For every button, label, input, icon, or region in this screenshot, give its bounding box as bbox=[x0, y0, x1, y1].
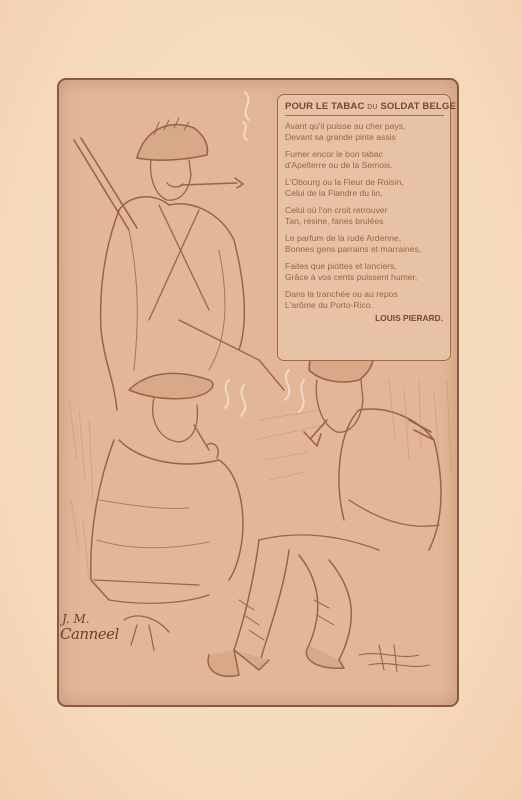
poem-line: Bonnes gens parrains et marraines, bbox=[285, 244, 444, 255]
poem-line: Celui de la Flandre du lin, bbox=[285, 188, 444, 199]
poem-stanza: Celui où l'on croit retrouver Tan, résin… bbox=[285, 205, 444, 227]
poem-title-main: POUR LE TABAC bbox=[285, 101, 364, 112]
poem-line: Le parfum de la rude Ardenne, bbox=[285, 233, 444, 244]
poem-line: Grâce à vos cents puissent humer, bbox=[285, 272, 444, 283]
poem-title-end: SOLDAT BELGE bbox=[380, 101, 456, 112]
artist-signature: J. M. Canneel bbox=[60, 612, 119, 642]
poem-line: Avant qu'il puisse au cher pays, bbox=[285, 121, 444, 132]
poem-line: Dans la tranchée ou au repos bbox=[285, 289, 444, 300]
poem-title: POUR LE TABAC DU SOLDAT BELGE bbox=[285, 101, 444, 116]
poem-line: L'arôme du Porto-Rico. bbox=[285, 300, 444, 311]
poem-box: POUR LE TABAC DU SOLDAT BELGE Avant qu'i… bbox=[277, 94, 451, 361]
poem-line: Faites que piottes et lanciers, bbox=[285, 261, 444, 272]
poem-line: Devant sa grande pinte assis bbox=[285, 132, 444, 143]
poem-line: d'Apelterre ou de la Semois. bbox=[285, 160, 444, 171]
poem-title-small: DU bbox=[367, 104, 377, 111]
poem-stanza: Avant qu'il puisse au cher pays, Devant … bbox=[285, 121, 444, 143]
illustration-frame: POUR LE TABAC DU SOLDAT BELGE Avant qu'i… bbox=[57, 78, 459, 707]
poem-line: L'Obourg ou la Fleur de Roisin, bbox=[285, 177, 444, 188]
poem-line: Tan, résine, fanes brulées bbox=[285, 216, 444, 227]
poem-stanza: Faites que piottes et lanciers, Grâce à … bbox=[285, 261, 444, 283]
poem-line: Fumer encor le bon tabac bbox=[285, 149, 444, 160]
poem-line: Celui où l'on croit retrouver bbox=[285, 205, 444, 216]
signature-name: Canneel bbox=[60, 627, 119, 642]
postcard: POUR LE TABAC DU SOLDAT BELGE Avant qu'i… bbox=[0, 0, 522, 800]
poem-stanza: Dans la tranchée ou au repos L'arôme du … bbox=[285, 289, 444, 311]
poem-stanza: L'Obourg ou la Fleur de Roisin, Celui de… bbox=[285, 177, 444, 199]
poem-stanza: Le parfum de la rude Ardenne, Bonnes gen… bbox=[285, 233, 444, 255]
poem-stanza: Fumer encor le bon tabac d'Apelterre ou … bbox=[285, 149, 444, 171]
poem-author: LOUIS PIERARD. bbox=[285, 313, 444, 323]
